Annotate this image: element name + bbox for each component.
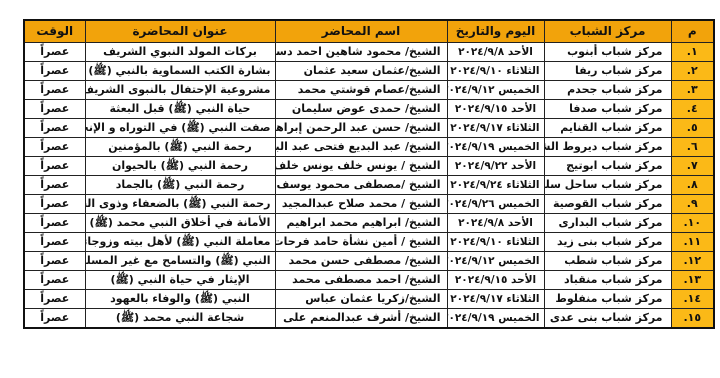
header-title: عنوان المحاضرة	[85, 20, 275, 43]
cell-title: بشارة الكتب السماوية بالنبي (ﷺ)	[85, 62, 275, 81]
cell-lecturer: الشيخ/ مصطفى حسن محمد	[275, 252, 447, 271]
table-row: ١١.مركز شباب بنى زيدالثلاثاء ٢٠٢٤/٩/١٠ال…	[24, 233, 714, 252]
header-time: الوقت	[24, 20, 85, 43]
lecture-schedule-table: م مركز الشباب اليوم والتاريخ اسم المحاضر…	[23, 19, 715, 329]
cell-date: الأحد ٢٠٢٤/٩/١٥	[447, 271, 544, 290]
header-date: اليوم والتاريخ	[447, 20, 544, 43]
cell-lecturer: الشيخ/ احمد مصطفى محمد	[275, 271, 447, 290]
cell-date: الأحد ٢٠٢٤/٩/٨	[447, 214, 544, 233]
cell-title: حياة النبي (ﷺ) قبل البعثة	[85, 100, 275, 119]
table-row: ١.مركز شباب أبنوبالأحد ٢٠٢٤/٩/٨الشيخ/ مح…	[24, 43, 714, 62]
cell-date: الخميس ٢٠٢٤/٩/١٩	[447, 138, 544, 157]
cell-date: الثلاثاء ٢٠٢٤/٩/١٠	[447, 62, 544, 81]
cell-lecturer: الشيخ / محمد صلاح عبدالمجيد	[275, 195, 447, 214]
table-row: ٤.مركز شباب صدفاالأحد ٢٠٢٤/٩/١٥الشيخ/ حم…	[24, 100, 714, 119]
cell-num: ١٠.	[671, 214, 714, 233]
cell-time: عصراً	[24, 233, 85, 252]
cell-lecturer: الشيخ/ ابراهيم محمد ابراهيم	[275, 214, 447, 233]
table-row: ٣.مركز شباب جحدمالخميس ٢٠٢٤/٩/١٢الشيخ/عص…	[24, 81, 714, 100]
cell-center: مركز شباب ريفا	[544, 62, 671, 81]
table-row: ١٠.مركز شباب البدارىالأحد ٢٠٢٤/٩/٨الشيخ/…	[24, 214, 714, 233]
cell-title: معاملة النبي (ﷺ) لأهل بيته وزوجاته	[85, 233, 275, 252]
table-header: م مركز الشباب اليوم والتاريخ اسم المحاضر…	[24, 20, 714, 43]
cell-lecturer: الشيخ/ حسن عبد الرحمن إبراهيم	[275, 119, 447, 138]
cell-date: الثلاثاء ٢٠٢٤/٩/١٧	[447, 119, 544, 138]
cell-center: مركز شباب صدفا	[544, 100, 671, 119]
table-row: ١٢.مركز شباب شطبالخميس ٢٠٢٤/٩/١٢الشيخ/ م…	[24, 252, 714, 271]
cell-time: عصراً	[24, 119, 85, 138]
cell-date: الأحد ٢٠٢٤/٩/٨	[447, 43, 544, 62]
table-row: ١٣.مركز شباب منقبادالأحد ٢٠٢٤/٩/١٥الشيخ/…	[24, 271, 714, 290]
header-row: م مركز الشباب اليوم والتاريخ اسم المحاضر…	[24, 20, 714, 43]
cell-center: مركز شباب بنى عدى	[544, 309, 671, 329]
cell-date: الثلاثاء ٢٠٢٤/٩/١٠	[447, 233, 544, 252]
cell-center: مركز شباب شطب	[544, 252, 671, 271]
cell-time: عصراً	[24, 62, 85, 81]
cell-num: ١.	[671, 43, 714, 62]
cell-time: عصراً	[24, 138, 85, 157]
cell-time: عصراً	[24, 81, 85, 100]
header-lecturer: اسم المحاضر	[275, 20, 447, 43]
cell-num: ٤.	[671, 100, 714, 119]
table-row: ٥.مركز شباب القنايمالثلاثاء ٢٠٢٤/٩/١٧الش…	[24, 119, 714, 138]
cell-time: عصراً	[24, 214, 85, 233]
cell-num: ٩.	[671, 195, 714, 214]
header-center: مركز الشباب	[544, 20, 671, 43]
cell-time: عصراً	[24, 309, 85, 329]
table-body: ١.مركز شباب أبنوبالأحد ٢٠٢٤/٩/٨الشيخ/ مح…	[24, 43, 714, 329]
cell-title: الإيثار في حياة النبي (ﷺ)	[85, 271, 275, 290]
cell-center: مركز شباب القنايم	[544, 119, 671, 138]
cell-lecturer: الشيخ/زكريا عثمان عباس	[275, 290, 447, 309]
cell-num: ١٤.	[671, 290, 714, 309]
cell-center: مركز شباب بنى زيد	[544, 233, 671, 252]
cell-center: مركز شباب منفلوط	[544, 290, 671, 309]
cell-title: صفت النبي (ﷺ) في التوراه و الإنجيل	[85, 119, 275, 138]
cell-center: مركز شباب القوصية	[544, 195, 671, 214]
cell-time: عصراً	[24, 252, 85, 271]
cell-num: ٥.	[671, 119, 714, 138]
cell-lecturer: الشيخ / أمين نشأة حامد فرحات	[275, 233, 447, 252]
cell-time: عصراً	[24, 157, 85, 176]
cell-lecturer: الشيخ/عثمان سعيد عثمان	[275, 62, 447, 81]
cell-num: ٦.	[671, 138, 714, 157]
cell-date: الأحد ٢٠٢٤/٩/١٥	[447, 100, 544, 119]
cell-lecturer: الشيخ /مصطفى محمود يوسف امبابى	[275, 176, 447, 195]
table-row: ٨.مركز شباب ساحل سليمالثلاثاء ٢٠٢٤/٩/٢٤ا…	[24, 176, 714, 195]
cell-num: ١٢.	[671, 252, 714, 271]
cell-center: مركز شباب ديروط الشريف	[544, 138, 671, 157]
cell-date: الثلاثاء ٢٠٢٤/٩/١٧	[447, 290, 544, 309]
table-row: ٢.مركز شباب ريفاالثلاثاء ٢٠٢٤/٩/١٠الشيخ/…	[24, 62, 714, 81]
cell-title: رحمة النبي (ﷺ) بالضعفاء وذوى الحاجات	[85, 195, 275, 214]
cell-title: شجاعة النبي محمد (ﷺ)	[85, 309, 275, 329]
cell-time: عصراً	[24, 100, 85, 119]
table-row: ١٥.مركز شباب بنى عدىالخميس ٢٠٢٤/٩/١٩الشي…	[24, 309, 714, 329]
table-row: ٧.مركز شباب ابوتيجالأحد ٢٠٢٤/٩/٢٢الشيخ /…	[24, 157, 714, 176]
table-row: ١٤.مركز شباب منفلوطالثلاثاء ٢٠٢٤/٩/١٧الش…	[24, 290, 714, 309]
cell-center: مركز شباب جحدم	[544, 81, 671, 100]
cell-title: بركات المولد النبوي الشريف	[85, 43, 275, 62]
cell-lecturer: الشيخ / يونس خلف يونس خلف	[275, 157, 447, 176]
cell-date: الثلاثاء ٢٠٢٤/٩/٢٤	[447, 176, 544, 195]
cell-num: ٧.	[671, 157, 714, 176]
cell-center: مركز شباب البدارى	[544, 214, 671, 233]
header-num: م	[671, 20, 714, 43]
cell-time: عصراً	[24, 290, 85, 309]
cell-lecturer: الشيخ/ عبد البديع فتحى عبد البديع	[275, 138, 447, 157]
cell-title: النبي (ﷺ) والتسامح مع غير المسلمين	[85, 252, 275, 271]
cell-title: رحمة النبي (ﷺ) بالجماد	[85, 176, 275, 195]
cell-center: مركز شباب ابوتيج	[544, 157, 671, 176]
cell-lecturer: الشيخ/ أشرف عبدالمنعم على	[275, 309, 447, 329]
cell-date: الأحد ٢٠٢٤/٩/٢٢	[447, 157, 544, 176]
cell-num: ١٣.	[671, 271, 714, 290]
cell-title: رحمة النبي (ﷺ) بالحيوان	[85, 157, 275, 176]
cell-title: النبي (ﷺ) والوفاء بالعهود	[85, 290, 275, 309]
cell-center: مركز شباب أبنوب	[544, 43, 671, 62]
cell-date: الخميس ٢٠٢٤/٩/١٢	[447, 81, 544, 100]
cell-center: مركز شباب ساحل سليم	[544, 176, 671, 195]
cell-date: الخميس ٢٠٢٤/٩/١٢	[447, 252, 544, 271]
cell-num: ٢.	[671, 62, 714, 81]
cell-lecturer: الشيخ/عصام قوشتي محمد	[275, 81, 447, 100]
cell-lecturer: الشيخ/ حمدى عوض سليمان	[275, 100, 447, 119]
cell-num: ١٥.	[671, 309, 714, 329]
cell-time: عصراً	[24, 176, 85, 195]
table-row: ٩.مركز شباب القوصيةالخميس ٢٠٢٤/٩/٢٦الشيخ…	[24, 195, 714, 214]
cell-num: ٨.	[671, 176, 714, 195]
table-row: ٦.مركز شباب ديروط الشريفالخميس ٢٠٢٤/٩/١٩…	[24, 138, 714, 157]
page: { "colors": { "header_bg": "#F2A30B", "n…	[0, 0, 720, 378]
cell-title: رحمة النبي (ﷺ) بالمؤمنين	[85, 138, 275, 157]
cell-time: عصراً	[24, 195, 85, 214]
cell-num: ١١.	[671, 233, 714, 252]
cell-lecturer: الشيخ/ محمود شاهين احمد دسوقي	[275, 43, 447, 62]
cell-time: عصراً	[24, 271, 85, 290]
cell-date: الخميس ٢٠٢٤/٩/٢٦	[447, 195, 544, 214]
lecture-schedule-table-wrap: م مركز الشباب اليوم والتاريخ اسم المحاضر…	[23, 19, 715, 329]
cell-time: عصراً	[24, 43, 85, 62]
cell-title: مشروعية الإحتفال بالنبوى الشريف	[85, 81, 275, 100]
cell-center: مركز شباب منقباد	[544, 271, 671, 290]
cell-date: الخميس ٢٠٢٤/٩/١٩	[447, 309, 544, 329]
cell-num: ٣.	[671, 81, 714, 100]
cell-title: الأمانة في أخلاق النبي محمد (ﷺ)	[85, 214, 275, 233]
